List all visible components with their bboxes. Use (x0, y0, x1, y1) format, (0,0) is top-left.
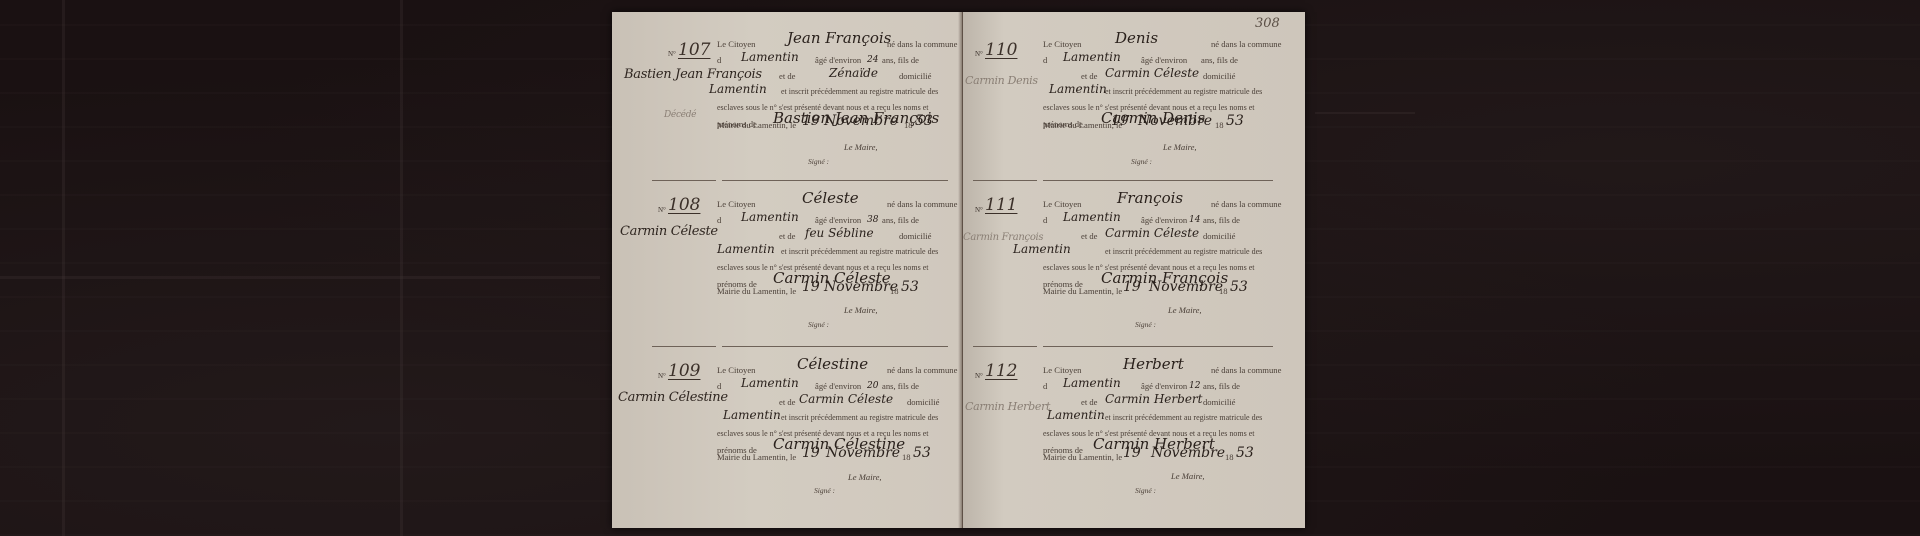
form-label: et inscrit précédemment au registre matr… (1105, 84, 1262, 100)
entry-number: 107 (678, 40, 710, 60)
form-label: d (717, 52, 721, 68)
handwritten-commune: Lamentin (1063, 375, 1121, 391)
form-label: né dans la commune (887, 362, 957, 378)
handwritten-mother: Carmin Céleste (799, 391, 893, 407)
form-label: et de (779, 394, 795, 410)
handwritten-given-name: Denis (1115, 30, 1158, 46)
handwritten-domicile: Lamentin (717, 241, 775, 257)
register-entry: N° 109 Carmin Célestine Le CitoyenCélest… (612, 346, 962, 514)
number-label: N° (658, 372, 666, 380)
year-prefix: 18 (890, 286, 899, 296)
handwritten-domicile: Lamentin (1047, 407, 1105, 423)
form-label: domicilié (1203, 394, 1235, 410)
year-suffix: 53 (913, 445, 931, 461)
form-label: et inscrit précédemment au registre matr… (781, 84, 938, 100)
form-label: et de (779, 228, 795, 244)
signe-label: Signé : (814, 486, 835, 495)
form-label: ans, fils de (882, 212, 919, 228)
form-label: d (717, 212, 721, 228)
year-suffix: 53 (1226, 113, 1244, 129)
margin-name: Carmin Célestine (618, 390, 728, 405)
background-rule (0, 276, 600, 279)
entry-number: 109 (668, 361, 700, 381)
handwritten-mother: Carmin Céleste (1105, 65, 1199, 81)
form-label: né dans la commune (1211, 36, 1281, 52)
mairie-label: Mairie du Lamentin, le (717, 452, 796, 462)
handwritten-commune: Lamentin (741, 49, 799, 65)
maire-label: Le Maire, (1168, 305, 1202, 315)
form-label: et de (779, 68, 795, 84)
signe-label: Signé : (1135, 320, 1156, 329)
register-book: N° 107 Bastien Jean François Le CitoyenJ… (612, 12, 1305, 528)
signe-label: Signé : (1131, 157, 1152, 166)
signe-label: Signé : (808, 157, 829, 166)
form-label: domicilié (1203, 228, 1235, 244)
handwritten-commune: Lamentin (741, 375, 799, 391)
register-entry: N° 108 Carmin Céleste Le CitoyenCélesten… (612, 180, 962, 348)
form-text: Le CitoyenCélestené dans la commune dLam… (717, 196, 957, 292)
year-prefix: 18 (902, 452, 911, 462)
margin-note: Décédé (664, 110, 696, 120)
year-suffix: 53 (901, 279, 919, 295)
handwritten-mother: Carmin Herbert (1105, 391, 1202, 407)
margin-name: Carmin Céleste (620, 224, 718, 239)
handwritten-given-name: Céleste (802, 190, 859, 206)
year-prefix: 18 (1215, 120, 1224, 130)
form-label: et inscrit précédemment au registre matr… (1105, 410, 1262, 426)
form-label: domicilié (899, 68, 931, 84)
number-label: N° (668, 50, 676, 58)
maire-label: Le Maire, (1163, 142, 1197, 152)
number-label: N° (975, 206, 983, 214)
handwritten-given-name: François (1117, 190, 1183, 206)
signe-label: Signé : (1135, 486, 1156, 495)
date-day: 19 (1123, 279, 1141, 295)
form-text: Le CitoyenFrançoisné dans la commune dLa… (1043, 196, 1293, 292)
date-day: 19 (1111, 113, 1129, 129)
form-label: né dans la commune (887, 196, 957, 212)
mairie-label: Mairie du Lamentin, le (1043, 286, 1122, 296)
form-label: ans, fils de (1203, 378, 1240, 394)
year-prefix: 18 (904, 120, 913, 130)
number-label: N° (975, 50, 983, 58)
handwritten-given-name: Herbert (1123, 356, 1184, 372)
year-prefix: 18 (1219, 286, 1228, 296)
register-entry: N° 107 Bastien Jean François Le CitoyenJ… (612, 12, 962, 180)
form-label: domicilié (1203, 68, 1235, 84)
handwritten-commune: Lamentin (1063, 209, 1121, 225)
margin-name: Carmin Herbert (965, 400, 1050, 413)
date-day: 19 (802, 113, 820, 129)
maire-label: Le Maire, (1171, 471, 1205, 481)
margin-name: Carmin Denis (965, 74, 1038, 87)
form-label: ans, fils de (882, 52, 919, 68)
maire-label: Le Maire, (848, 472, 882, 482)
mairie-label: Mairie du Lamentin, le (717, 286, 796, 296)
form-label: et inscrit précédemment au registre matr… (1105, 244, 1262, 260)
date-month: Novembre (1138, 113, 1212, 129)
form-label: né dans la commune (1211, 196, 1281, 212)
handwritten-mother: Zénaïde (829, 65, 878, 81)
year-suffix: 53 (1230, 279, 1248, 295)
year-suffix: 53 (1236, 445, 1254, 461)
left-page: N° 107 Bastien Jean François Le CitoyenJ… (612, 12, 963, 528)
form-label: né dans la commune (887, 36, 957, 52)
form-label: et de (1081, 228, 1097, 244)
number-label: N° (975, 372, 983, 380)
form-label: et inscrit précédemment au registre matr… (781, 410, 938, 426)
form-label: et inscrit précédemment au registre matr… (781, 244, 938, 260)
handwritten-domicile: Lamentin (723, 407, 781, 423)
date-month: Novembre (824, 279, 898, 295)
handwritten-domicile: Lamentin (1013, 241, 1071, 257)
handwritten-domicile: Lamentin (709, 81, 767, 97)
date-month: Novembre (1151, 445, 1225, 461)
background-rule (400, 0, 403, 536)
handwritten-given-name: Célestine (797, 356, 868, 372)
background-rule (62, 0, 65, 536)
date-month: Novembre (826, 445, 900, 461)
handwritten-mother: Carmin Céleste (1105, 225, 1199, 241)
entry-number: 112 (985, 361, 1017, 381)
form-label: d (1043, 212, 1047, 228)
form-label: d (1043, 378, 1047, 394)
date-day: 19 (802, 279, 820, 295)
handwritten-commune: Lamentin (741, 209, 799, 225)
form-label: d (1043, 52, 1047, 68)
background-rule (1315, 112, 1415, 114)
entry-number: 111 (985, 195, 1017, 215)
date-month: Novembre (1149, 279, 1223, 295)
handwritten-domicile: Lamentin (1049, 81, 1107, 97)
form-label: ans, fils de (1201, 52, 1238, 68)
year-suffix: 53 (915, 113, 933, 129)
date-day: 19 (802, 445, 820, 461)
handwritten-mother: feu Sébline (805, 225, 874, 241)
date-day: 19 (1123, 445, 1141, 461)
form-label: domicilié (899, 228, 931, 244)
form-label: d (717, 378, 721, 394)
handwritten-commune: Lamentin (1063, 49, 1121, 65)
mairie-label: Mairie du Lamentin, le (1043, 452, 1122, 462)
date-month: Novembre (824, 113, 898, 129)
maire-label: Le Maire, (844, 305, 878, 315)
number-label: N° (658, 206, 666, 214)
maire-label: Le Maire, (844, 142, 878, 152)
form-label: ans, fils de (1203, 212, 1240, 228)
form-text: Le CitoyenHerbertné dans la commune dLam… (1043, 362, 1293, 458)
mairie-label: Mairie du Lamentin, le (717, 120, 796, 130)
form-label: domicilié (907, 394, 939, 410)
register-entry: N° 111 Carmin François Le CitoyenFrançoi… (963, 180, 1305, 348)
right-page: 308 N° 110 Carmin Denis Le CitoyenDenisn… (963, 12, 1305, 528)
entry-number: 108 (668, 195, 700, 215)
form-label: né dans la commune (1211, 362, 1281, 378)
handwritten-given-name: Jean François (787, 30, 891, 46)
form-text: Le CitoyenCélestinené dans la commune dL… (717, 362, 957, 458)
register-entry: N° 112 Carmin Herbert Le CitoyenHerbertn… (963, 346, 1305, 514)
register-entry: N° 110 Carmin Denis Le CitoyenDenisné da… (963, 12, 1305, 180)
year-prefix: 18 (1225, 452, 1234, 462)
entry-number: 110 (985, 40, 1017, 60)
signe-label: Signé : (808, 320, 829, 329)
